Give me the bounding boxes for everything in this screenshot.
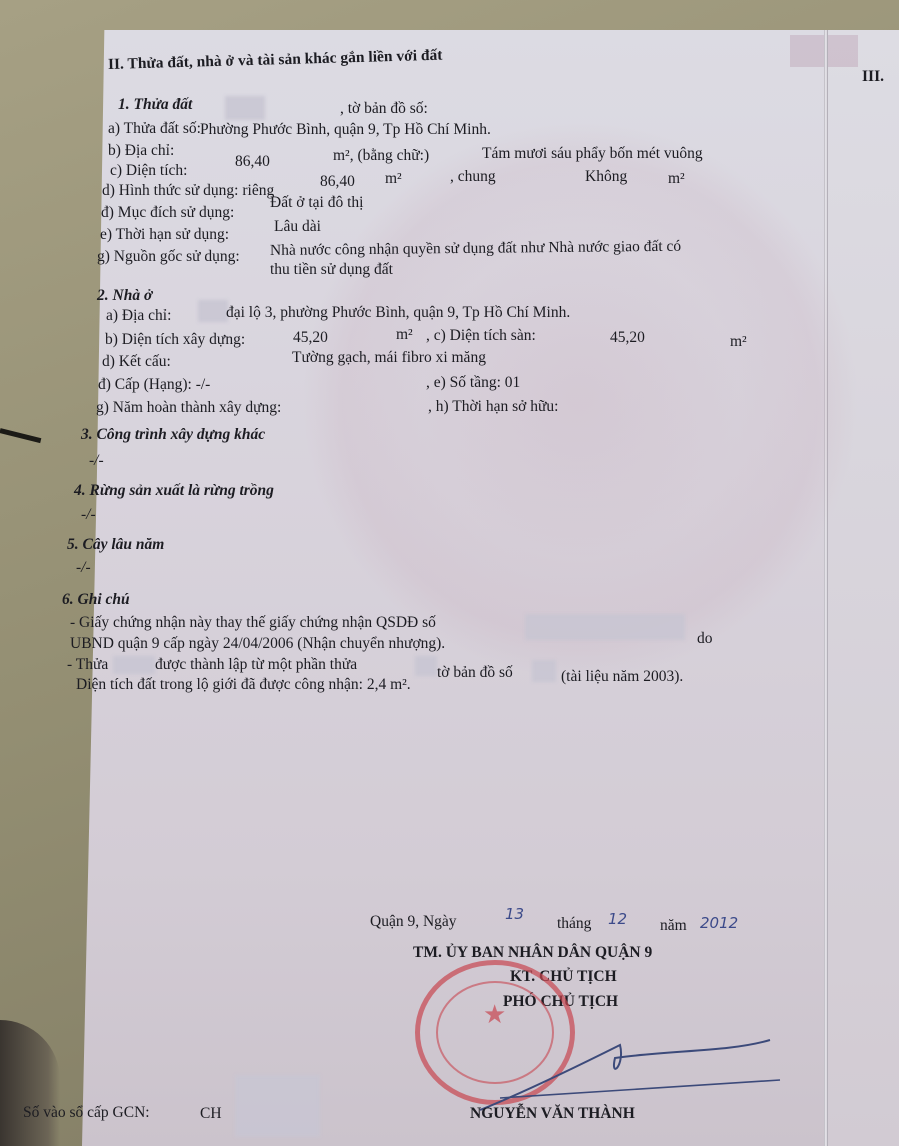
build-area-value: 45,20 [293, 329, 328, 347]
redacted-house-number [198, 300, 228, 322]
redacted-map-sheet [532, 660, 556, 682]
issuing-org: TM. ỦY BAN NHÂN DÂN QUẬN 9 [413, 944, 652, 962]
map-sheet-label: , tờ bản đồ số: [340, 100, 428, 118]
usage-private-value: 86,40 [320, 173, 355, 191]
perennial-heading: 5. Cây lâu năm [67, 536, 164, 554]
floor-area-value: 45,20 [610, 329, 645, 347]
redacted-parcel [113, 656, 155, 674]
next-page [826, 30, 899, 1146]
forest-heading: 4. Rừng sản xuất là rừng trồng [74, 482, 274, 500]
area-words: Tám mươi sáu phẩy bốn mét vuông [482, 145, 703, 163]
address-value: Phường Phước Bình, quận 9, Tp Hồ Chí Min… [200, 121, 491, 139]
other-works-heading: 3. Công trình xây dựng khác [81, 426, 265, 444]
usage-common-value: Không [585, 168, 627, 186]
date-prefix: Quận 9, Ngày [370, 913, 457, 931]
usage-common-unit: m² [668, 170, 685, 188]
redacted-registry-no [235, 1075, 320, 1137]
area-value: 86,40 [235, 153, 270, 171]
notes-line3-a: - Thửa [67, 656, 108, 674]
date-year[interactable]: 2012 [700, 914, 738, 932]
redacted-parcel-no [225, 96, 265, 120]
page-tab-mark [790, 35, 824, 67]
house-address-value: đại lộ 3, phường Phước Bình, quận 9, Tp … [226, 304, 570, 322]
registry-label: Số vào sổ cấp GCN: [23, 1104, 150, 1122]
parcel-no-label: a) Thửa đất số: [108, 120, 201, 138]
land-heading: 1. Thửa đất [118, 96, 192, 114]
notes-line4: Diện tích đất trong lộ giới đã được công… [76, 676, 411, 694]
notes-line3-d: (tài liệu năm 2003). [561, 668, 683, 686]
floor-area-label: , c) Diện tích sàn: [426, 327, 536, 345]
floor-area-unit: m² [730, 333, 747, 351]
notes-line3-c: tờ bản đồ số [437, 664, 513, 682]
ownership-term-label: , h) Thời hạn sở hữu: [428, 398, 558, 416]
structure-label: d) Kết cấu: [102, 353, 171, 371]
notes-line3-b: được thành lập từ một phần thửa [155, 656, 357, 674]
notes-heading: 6. Ghi chú [62, 591, 130, 609]
signature-scribble [470, 1010, 790, 1120]
signer-name: NGUYỄN VĂN THÀNH [470, 1105, 635, 1123]
month-label: tháng [557, 915, 591, 933]
date-month[interactable]: 12 [608, 910, 627, 928]
page-fold [824, 30, 828, 1146]
usage-form-label: d) Hình thức sử dụng: riêng [102, 182, 274, 200]
grade-label: đ) Cấp (Hạng): -/- [98, 376, 210, 394]
structure-value: Tường gạch, mái fibro xi măng [292, 349, 486, 367]
build-area-unit: m² [396, 326, 413, 344]
house-heading: 2. Nhà ở [97, 287, 152, 305]
registry-value-prefix: CH [200, 1105, 222, 1123]
area-unit: m², (bằng chữ:) [333, 147, 429, 165]
year-label: năm [660, 917, 687, 935]
usage-private-unit: m² [385, 170, 402, 188]
purpose-value: Đất ở tại đô thị [270, 194, 363, 212]
notes-line2: UBND quận 9 cấp ngày 24/04/2006 (Nhận ch… [70, 635, 445, 653]
perennial-value: -/- [76, 559, 91, 577]
term-label: e) Thời hạn sử dụng: [100, 226, 229, 244]
origin-value-line2: thu tiền sử dụng đất [270, 261, 393, 279]
purpose-label: đ) Mục đích sử dụng: [101, 204, 234, 222]
watermark-emblem [300, 120, 860, 680]
notes-line1: - Giấy chứng nhận này thay thế giấy chứn… [70, 614, 436, 632]
forest-value: -/- [81, 506, 96, 524]
usage-common-label: , chung [450, 168, 496, 186]
area-label: c) Diện tích: [110, 162, 187, 180]
floors-label: , e) Số tầng: 01 [426, 374, 520, 392]
redacted-parent-parcel [415, 656, 437, 676]
date-day[interactable]: 13 [505, 905, 524, 923]
address-label: b) Địa chỉ: [108, 142, 174, 160]
origin-label: g) Nguồn gốc sử dụng: [97, 248, 240, 266]
notes-line1-end: do [697, 630, 713, 648]
other-works-value: -/- [89, 452, 104, 470]
redacted-old-cert-no [525, 614, 685, 640]
build-area-label: b) Diện tích xây dựng: [105, 331, 245, 349]
completed-label: g) Năm hoàn thành xây dựng: [96, 399, 281, 417]
page-tab-mark [828, 35, 858, 67]
house-address-label: a) Địa chỉ: [106, 307, 171, 325]
next-page-heading: III. [862, 68, 884, 86]
term-value: Lâu dài [274, 218, 321, 236]
